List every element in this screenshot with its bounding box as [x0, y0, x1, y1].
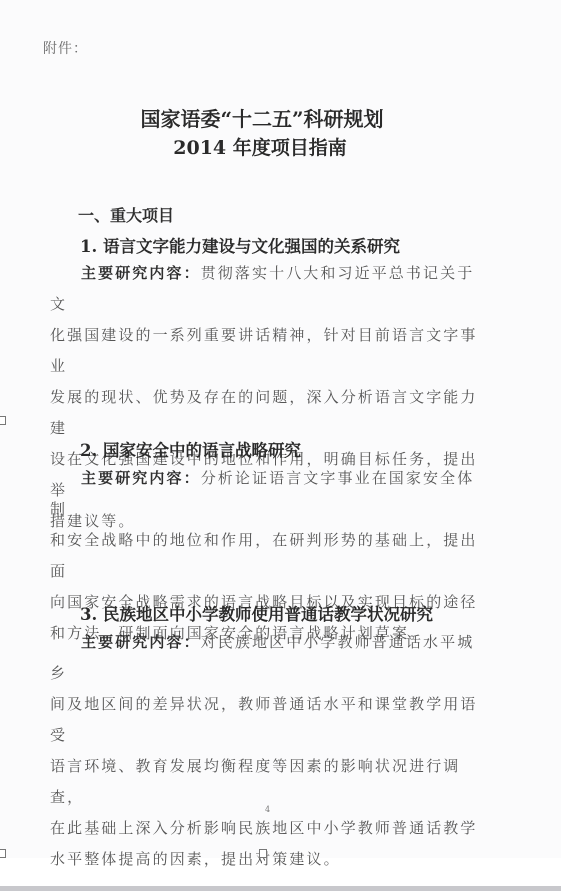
anchor-marker-icon: [0, 416, 6, 425]
attachment-label: 附件：: [43, 38, 88, 58]
item-body-line: 主要研究内容：贯彻落实十八大和习近平总书记关于文: [50, 258, 480, 320]
page-number: 4: [265, 805, 270, 814]
anchor-marker-icon: [259, 849, 267, 858]
item-body-line: 语言环境、教育发展均衡程度等因素的影响状况进行调查，: [50, 751, 480, 813]
anchor-marker-icon: [0, 849, 6, 858]
section-heading: 一、重大项目: [78, 203, 174, 226]
item-title-3: 3. 民族地区中小学教师使用普通话教学状况研究: [80, 601, 433, 625]
item-lead-label: 主要研究内容：: [81, 264, 201, 282]
bottom-divider: [0, 886, 561, 891]
item-lead-label: 主要研究内容：: [81, 469, 201, 487]
item-body-line: 发展的现状、优势及存在的问题，深入分析语言文字能力建: [50, 382, 480, 444]
item-title-2: 2. 国家安全中的语言战略研究: [80, 437, 301, 461]
item-lead-label: 主要研究内容：: [81, 633, 201, 651]
item-body-line: 和安全战略中的地位和作用，在研判形势的基础上，提出面: [50, 525, 480, 587]
item-title-1: 1. 语言文字能力建设与文化强国的关系研究: [80, 233, 400, 257]
item-body-line: 化强国建设的一系列重要讲话精神，针对目前语言文字事业: [50, 320, 480, 382]
item-body-line: 主要研究内容：对民族地区中小学教师普通话水平城乡: [50, 627, 480, 689]
document-subtitle: 2014 年度项目指南: [0, 133, 520, 160]
item-body-line: 主要研究内容：分析论证语言文字事业在国家安全体制: [50, 463, 480, 525]
item-body-line: 在此基础上深入分析影响民族地区中小学教师普通话教学: [50, 813, 480, 844]
document-page: 附件： 国家语委“十二五”科研规划 2014 年度项目指南 一、重大项目 1. …: [0, 0, 561, 858]
document-title: 国家语委“十二五”科研规划: [0, 103, 522, 132]
item-body-3: 主要研究内容：对民族地区中小学教师普通话水平城乡 间及地区间的差异状况，教师普通…: [50, 627, 480, 875]
item-body-line: 间及地区间的差异状况，教师普通话水平和课堂教学用语受: [50, 689, 480, 751]
